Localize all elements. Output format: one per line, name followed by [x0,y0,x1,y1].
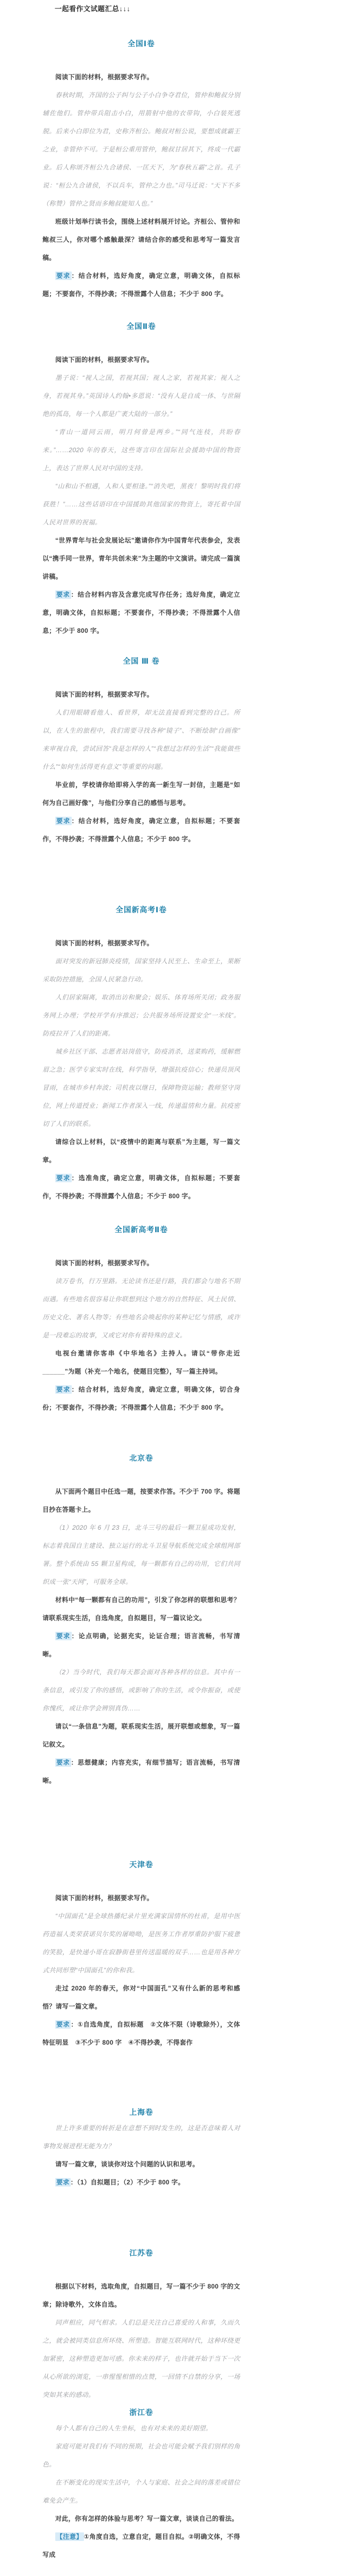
note-label: 【注意】 [55,2532,84,2541]
section-3: 全国 Ⅲ 卷阅读下面的材料，根据要求写作。人们用眼睛看他人、看世界，却无法直接看… [42,655,240,848]
instruction-paragraph: 阅读下面的材料，根据要求写作。 [42,685,240,704]
requirement-text: ：思想健康；内容充实，有细节描写；语言流畅，书写清晰。 [42,1759,240,1784]
requirement-text: ：论点明确，论据充实，论证合理；语言流畅，书写清晰。 [42,1632,240,1658]
instruction-paragraph: 阅读下面的材料，根据要求写作。 [42,351,240,369]
note-paragraph: 【注意】①角度自选，立意自定，题目自拟。②明确文体，不得写成 [42,2528,240,2564]
requirement-paragraph: 要求：选准角度，确定立意，明确文体，自拟标题；不要套作，不得抄袭；不得泄露个人信… [42,1169,240,1205]
instruction-paragraph: 毕业前，学校请你给即将入学的高一新生写一封信，主题是“如何为自己画好像”，与他们… [42,776,240,812]
requirement-text: ：（1）自拟题目；（2）不少于 800 字。 [71,2179,185,2186]
requirement-label: 要求 [55,590,71,599]
requirement-text: ：结合材料，选好角度，确定立意，明确文体，自拟标题；不要套作，不得抄袭；不得泄露… [42,272,240,298]
section-title: 天津卷 [42,1859,240,1870]
requirement-paragraph: 要求：结合材料内容及含意完成写作任务；选好角度，确定立意，明确文体，自拟标题；不… [42,586,240,640]
section-title: 江苏卷 [42,2247,240,2259]
material-paragraph: （1）2020 年 6 月 23 日，北斗三号的最后一颗卫星成功发射，标志着我国… [42,1519,240,1591]
requirement-label: 要求 [55,1385,72,1394]
material-paragraph: 墨子说：“视人之国，若视其国；视人之家，若视其家；视人之身，若视其身。”英国诗人… [42,369,240,423]
material-paragraph: 春秋时期，齐国的公子纠与公子小白争夺君位，管仲和鲍叔分别辅佐他们。管仲带兵阻击小… [42,86,240,213]
section-10: 浙江卷每个人都有自己的人生坐标，也有对未来的美好期望。家庭可能对我们有不同的预期… [42,2406,240,2564]
requirement-paragraph: 要求：结合材料，选好角度，确定立意，明确文体，自拟标题；不要套作，不得抄袭；不得… [42,267,240,303]
section-title: 全国新高考Ⅰ卷 [42,904,240,916]
section-8: 上海卷世上许多重要的转折是在意想不到时发生的，这是否意味着人对事物发展进程无能为… [42,2106,240,2191]
instruction-paragraph: 阅读下面的材料，根据要求写作。 [42,934,240,952]
instruction-paragraph: 从下面两个题目中任选一题，按要求作答。不少于 700 字。将题目抄在答题卡上。 [42,1482,240,1519]
instruction-paragraph: 根据以下材料，选取角度，自拟题目，写一篇不少于 800 字的文章；除诗歌外，文体… [42,2277,240,2314]
instruction-paragraph: 材料中“每一颗都有自己的功用”，引发了你怎样的联想和思考？请联系现实生活，自选角… [42,1591,240,1627]
material-paragraph: 面对突发的新冠肺炎疫情，国家坚持人民至上、生命至上，果断采取防控措施，全国人民紧… [42,952,240,988]
section-title: 上海卷 [42,2106,240,2118]
document-body: 全国Ⅰ卷阅读下面的材料，根据要求写作。春秋时期，齐国的公子纠与公子小白争夺君位，… [0,0,340,2576]
section-5: 全国新高考Ⅱ卷阅读下面的材料，根据要求写作。读万卷书，行万里路。无论读书还是行路… [42,1224,240,1417]
material-paragraph: （2）当今时代，我们每天都会面对各种各样的信息。其中有一条信息，或引发了你的感悟… [42,1663,240,1717]
instruction-paragraph: 请写一篇文章，谈谈你对这个问题的认识和思考。 [42,2155,240,2173]
material-paragraph: 家庭可能对我们有不同的预期，社会也可能会赋予我们别样的角色。 [42,2437,240,2473]
requirement-paragraph: 要求：结合材料，选好角度，确定立意，明确文体，切合身份；不要套作，不得抄袭；不得… [42,1380,240,1417]
section-title: 全国Ⅱ卷 [42,320,240,332]
instruction-paragraph: 班级计划举行读书会，围绕上述材料展开讨论。齐桓公、管仲和鲍叔三人，你对哪个感触最… [42,213,240,267]
requirement-label: 要求 [55,2020,71,2029]
section-9: 江苏卷根据以下材料，选取角度，自拟题目，写一篇不少于 800 字的文章；除诗歌外… [42,2247,240,2404]
requirement-paragraph: 要求：（1）自拟题目；（2）不少于 800 字。 [42,2173,240,2191]
instruction-paragraph: 电视台邀请你客串《中华地名》主持人。请以“带你走近______”为题（补充一个地… [42,1344,240,1380]
material-paragraph: 城乡社区干部、志愿者站岗值守，防疫消杀，送菜购药，缓解燃眉之急；医学专家实时在线… [42,1043,240,1133]
material-paragraph: “中国面孔”是全球热播纪录片里充满家国情怀的杜甫，是用中医药造福人类荣获诺贝尔奖… [42,1907,240,1979]
section-title: 全国新高考Ⅱ卷 [42,1224,240,1235]
material-paragraph: 同声相应，同气相求。人们总是关注自己喜爱的人和事，久而久之，就会被同类信息所环绕… [42,2314,240,2404]
requirement-paragraph: 要求：结合材料，选好角度，确定立意，自拟标题；不要套作，不得抄袭；不得泄露个人信… [42,812,240,848]
requirement-label: 要求 [55,272,72,280]
material-paragraph: “青山一道同云雨，明月何曾是两乡。”“同气连枝，共盼春来。”……2020 年的春… [42,423,240,477]
section-title: 浙江卷 [42,2406,240,2418]
section-title: 全国Ⅰ卷 [42,38,240,49]
material-paragraph: 人们用眼睛看他人、看世界，却无法直接看到完整的自己。所以，在人生的旅程中，我们需… [42,704,240,776]
instruction-paragraph: 请综合以上材料，以“疫情中的距离与联系”为主题，写一篇文章。 [42,1133,240,1169]
material-paragraph: 每个人都有自己的人生坐标，也有对未来的美好期望。 [42,2419,240,2437]
requirement-paragraph: 要求：思想健康；内容充实，有细节描写；语言流畅，书写清晰。 [42,1753,240,1790]
instruction-paragraph: 阅读下面的材料，根据要求写作。 [42,68,240,86]
requirement-text: ：结合材料，选好角度，确定立意，自拟标题；不要套作，不得抄袭；不得泄露个人信息；… [42,817,240,843]
requirement-label: 要求 [55,1174,72,1182]
material-paragraph: 在不断变化的现实生活中，个人与家庭、社会之间的落差或错位难免会产生。 [42,2473,240,2510]
requirement-text: ：①自选角度，自拟标题 ②文体不限（诗歌除外），文体特征明显 ③不少于 800 … [42,2021,240,2046]
requirement-label: 要求 [55,817,72,825]
requirement-text: ：结合材料内容及含意完成写作任务；选好角度，确定立意，明确文体，自拟标题；不要套… [42,591,240,634]
section-6: 北京卷从下面两个题目中任选一题，按要求作答。不少于 700 字。将题目抄在答题卡… [42,1452,240,1790]
requirement-paragraph: 要求：①自选角度，自拟标题 ②文体不限（诗歌除外），文体特征明显 ③不少于 80… [42,2015,240,2052]
requirement-label: 要求 [55,1758,71,1767]
section-7: 天津卷阅读下面的材料，根据要求写作。“中国面孔”是全球热播纪录片里充满家国情怀的… [42,1859,240,2052]
requirement-label: 要求 [55,2178,71,2187]
instruction-paragraph: 走过 2020 年的春天，你对“中国面孔”又有什么新的思考和感悟？请写一篇文章。 [42,1979,240,2015]
instruction-paragraph: 阅读下面的材料，根据要求写作。 [42,1254,240,1272]
requirement-label: 要求 [55,1632,72,1640]
section-1: 全国Ⅰ卷阅读下面的材料，根据要求写作。春秋时期，齐国的公子纠与公子小白争夺君位，… [42,38,240,303]
instruction-paragraph: 阅读下面的材料，根据要求写作。 [42,1889,240,1907]
section-title: 全国 Ⅲ 卷 [42,655,240,667]
section-2: 全国Ⅱ卷阅读下面的材料，根据要求写作。墨子说：“视人之国，若视其国；视人之家，若… [42,320,240,640]
requirement-text: ：结合材料，选好角度，确定立意，明确文体，切合身份；不要套作，不得抄袭；不得泄露… [42,1386,240,1411]
section-title: 北京卷 [42,1452,240,1464]
instruction-paragraph: 请以“一条信息”为题，联系现实生活，展开联想或想象，写一篇记叙文。 [42,1717,240,1753]
requirement-text: ：选准角度，确定立意，明确文体，自拟标题；不要套作，不得抄袭；不得泄露个人信息；… [42,1174,240,1200]
requirement-paragraph: 要求：论点明确，论据充实，论证合理；语言流畅，书写清晰。 [42,1627,240,1663]
material-paragraph: “山和山不相遇，人和人要相逢。”“消失吧，黑夜！黎明时我们将获胜！”……这些话语… [42,477,240,531]
material-paragraph: 人们居家隔离，取消出访和聚会；娱乐、体育场所关闭；政务服务网上办理；学校开学有序… [42,988,240,1043]
material-paragraph: 世上许多重要的转折是在意想不到时发生的，这是否意味着人对事物发展进程无能为力？ [42,2119,240,2155]
material-paragraph: 读万卷书，行万里路。无论读书还是行路，我们都会与地名不期而遇。有些地名很容易让你… [42,1272,240,1344]
instruction-paragraph: 对此，你有怎样的体验与思考？写一篇文章，谈谈自己的看法。 [42,2510,240,2528]
instruction-paragraph: “世界青年与社会发展论坛”邀请你作为中国青年代表参会，发表以“携手同一世界，青年… [42,531,240,586]
section-4: 全国新高考Ⅰ卷阅读下面的材料，根据要求写作。面对突发的新冠肺炎疫情，国家坚持人民… [42,904,240,1205]
